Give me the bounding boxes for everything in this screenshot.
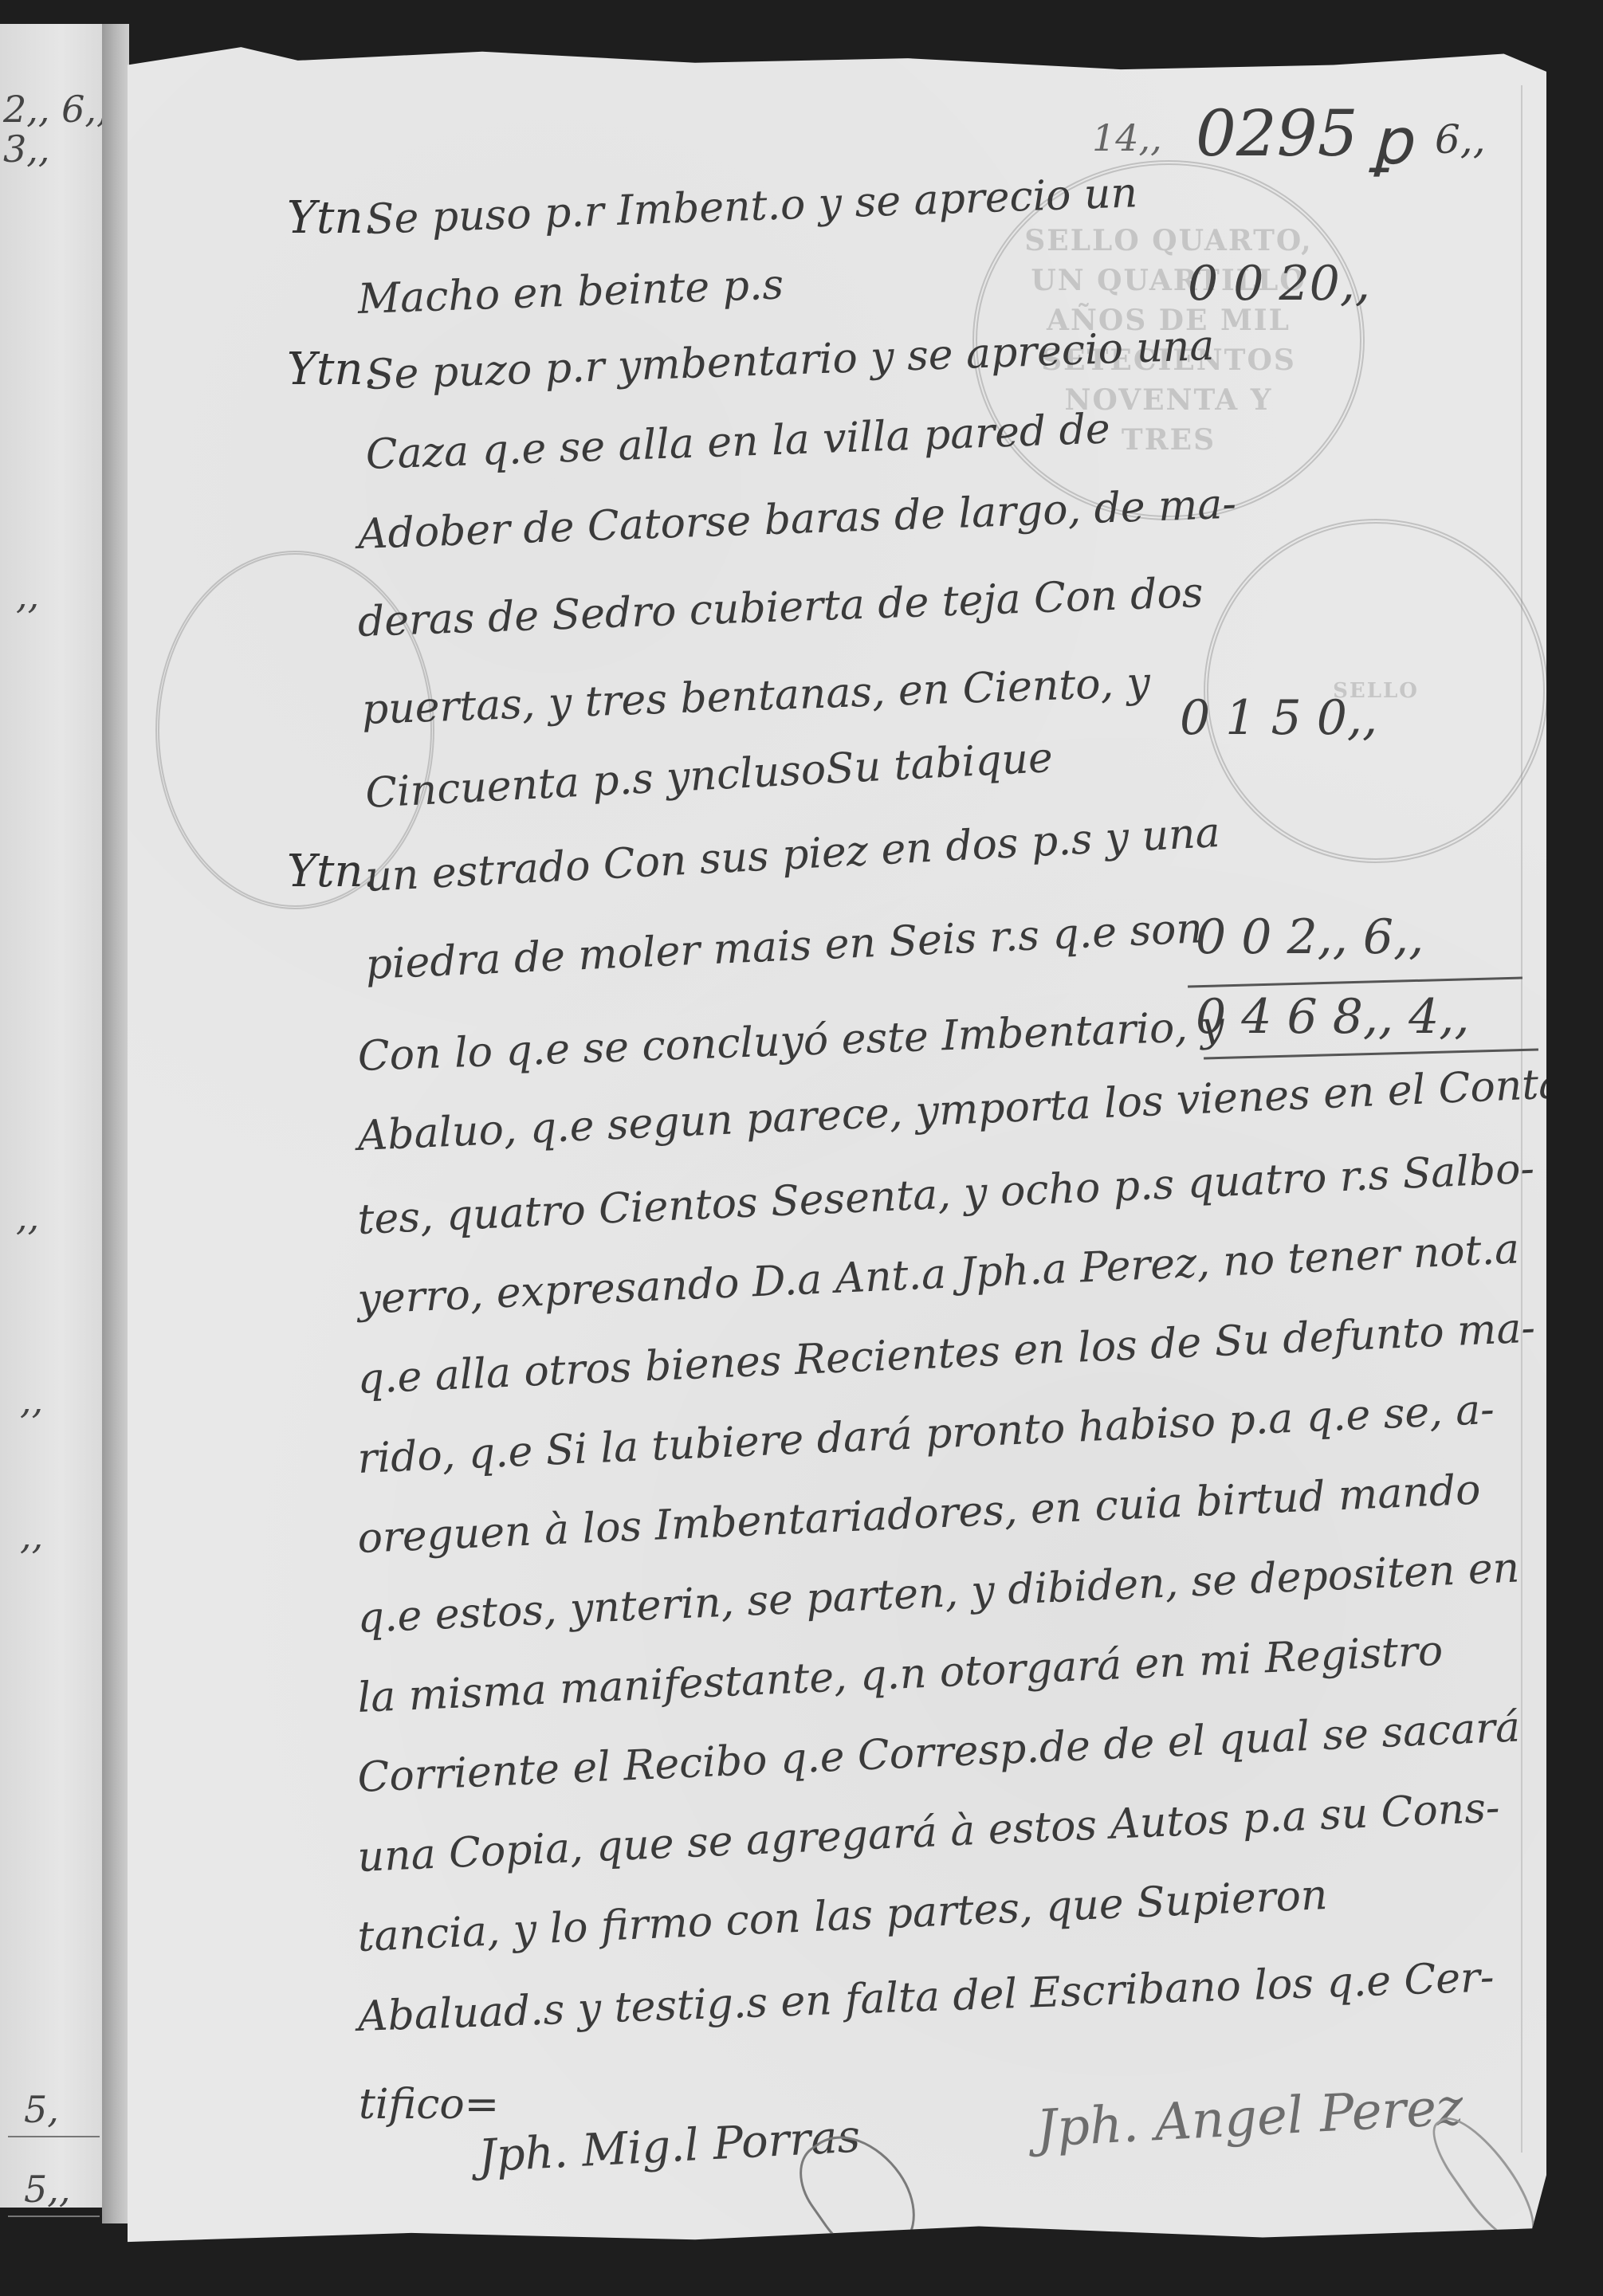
- entry-line: puertas, y tres bentanas, en Ciento, y: [361, 659, 1151, 734]
- left-margin-mark: ,,: [16, 574, 39, 617]
- folio-header-left: 14,,: [1092, 116, 1162, 159]
- entry-margin-label: Ytn.: [287, 343, 377, 395]
- left-margin-amount: 3,,: [3, 128, 50, 171]
- body-line: rido, q.e Si la tubiere dará pronto habi…: [356, 1386, 1495, 1483]
- manuscript-page: SELLO QUARTO, UN QUARTILLO AÑOS DE MIL S…: [128, 38, 1546, 2264]
- entry-amount: 0 0 2,, 6,,: [1196, 909, 1424, 965]
- entry-line: un estrado Con sus piez en dos p.s y una: [364, 809, 1221, 901]
- left-margin-rule: [8, 2216, 100, 2217]
- body-line: Abaluad.s y testig.s en falta del Escrib…: [357, 1953, 1495, 2041]
- folio-header-right: 6,,: [1435, 116, 1486, 163]
- entry-line: Macho en beinte p.s: [357, 261, 784, 324]
- entry-margin-label: Ytn.: [287, 192, 377, 244]
- left-margin-amount: 5,: [24, 2088, 59, 2131]
- body-line: q.e estos, ynterin, se parten, y dibiden…: [356, 1544, 1520, 1643]
- body-line: Corriente el Recibo q.e Corresp.de de el…: [356, 1703, 1521, 1802]
- body-line: la misma manifestante, q.n otorgará en m…: [356, 1627, 1444, 1722]
- left-margin-mark: ,,: [16, 1195, 39, 1238]
- body-line: una Copia, que se agregará à estos Autos…: [356, 1784, 1500, 1882]
- body-line: oreguen à los Imbentariadores, en cuia b…: [356, 1466, 1481, 1563]
- body-line: q.e alla otros bienes Recientes en los d…: [356, 1305, 1536, 1403]
- total-rule: [1204, 1049, 1538, 1060]
- folio-header-amount: 0295: [1196, 96, 1358, 171]
- adjacent-page-strip: 2,, 6,, 3,, ,, ,, ,, ,, 5, 5,,: [0, 24, 103, 2208]
- entry-line: Cincuenta p.s ynclusoSu tabique: [364, 734, 1054, 818]
- entry-line: Adober de Catorse baras de largo, de ma-: [357, 481, 1237, 559]
- entry-line: deras de Sedro cubierta de teja Con dos: [357, 569, 1204, 646]
- body-line: yerro, expresando D.a Ant.a Jph.a Perez,…: [356, 1225, 1520, 1324]
- book-gutter: [102, 24, 129, 2223]
- body-line: Con lo q.e se concluyó este Imbentario, …: [357, 1003, 1225, 1081]
- folio-header-symbol: ꝑ: [1371, 104, 1412, 179]
- page-edge: [1521, 85, 1522, 2153]
- left-margin-amount: 2,, 6,,: [3, 88, 108, 131]
- left-margin-mark: ,,: [20, 1514, 43, 1557]
- entry-amount: 0 1 5 0,,: [1180, 690, 1377, 746]
- body-line: tes, quatro Cientos Sesenta, y ocho p.s …: [356, 1145, 1535, 1244]
- left-margin-amount: 5,,: [24, 2168, 71, 2211]
- left-margin-rule: [8, 2136, 100, 2137]
- signature-perez: Jph. Angel Perez: [1035, 2078, 1464, 2159]
- body-line: tancia, y lo firmo con las partes, que S…: [356, 1871, 1328, 1961]
- left-margin-mark: ,,: [20, 1379, 43, 1422]
- total-amount: 0 4 6 8,, 4,,: [1196, 989, 1469, 1045]
- entry-amount: 0 0 20,,: [1188, 256, 1370, 312]
- entry-line: Caza q.e se alla en la villa pared de: [365, 405, 1111, 479]
- signature-rubric: [1421, 2103, 1550, 2255]
- sum-rule: [1188, 977, 1522, 988]
- body-line: tifico=: [359, 2081, 499, 2129]
- entry-line: piedra de moler mais en Seis r.s q.e son: [364, 905, 1204, 989]
